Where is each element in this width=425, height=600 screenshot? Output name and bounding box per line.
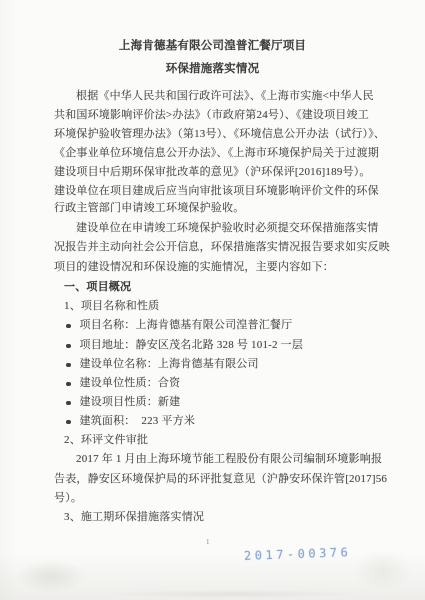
bullet-icon xyxy=(66,401,71,406)
paragraph1-line: 共和国环境影响评价法>办法》（市政府第24号）、《建设项目竣工 xyxy=(54,109,369,122)
paragraph3-line: 2017 年 1 月由上海环境节能工程股份有限公司编制环境影响报 xyxy=(76,453,382,466)
bullet-icon xyxy=(66,420,71,425)
paragraph2-line: 况报告并主动向社会公开信息，环保措施落实情况报告要求如实反映 xyxy=(54,241,390,254)
paragraph1-line: 环境保护验收管理办法》（第13号）、《环境信息公开办法（试行）》、 xyxy=(54,128,385,141)
bullet-icon xyxy=(66,382,71,387)
bullet-item-project-address: 项目地址：静安区茂名北路 328 号 101-2 一层 xyxy=(66,339,303,352)
paragraph2-line: 项目的建设情况和环保设施的实施情况，主要内容如下： xyxy=(54,261,334,274)
page-number: 1 xyxy=(206,538,210,546)
bullet-icon xyxy=(66,344,71,349)
bullet-text: 项目名称：上海肯德基有限公司湟普汇餐厅 xyxy=(80,319,293,332)
bullet-item-project-nature: 建设项目性质：新建 xyxy=(66,396,180,409)
paragraph1-line: 建设单位在项目建成后应当向审批该项目环境影响评价文件的环保 xyxy=(54,185,379,198)
paragraph3-line: 号）。 xyxy=(54,492,82,505)
bullet-item-construction-unit-name: 建设单位名称：上海肯德基有限公司 xyxy=(66,358,259,371)
document-page: 上海肯德基有限公司湟普汇餐厅项目 环保措施落实情况 根据《中华人民共和国行政许可… xyxy=(0,0,425,600)
bullet-icon xyxy=(66,363,71,368)
paragraph1-line: 建设项目中后期环保审批改革的意见》（沪环保评[2016]189号）。 xyxy=(54,166,371,179)
subheading-project-name-nature: 1、项目名称和性质 xyxy=(64,300,159,313)
bullet-item-unit-nature: 建设单位性质：合资 xyxy=(66,377,180,390)
paragraph2-line: 建设单位在申请竣工环境保护验收时必须提交环保措施落实情 xyxy=(76,222,378,235)
bullet-item-floor-area: 建筑面积： 223 平方米 xyxy=(66,415,195,428)
subheading-eia-approval: 2、环评文件审批 xyxy=(64,434,148,447)
document-stamp-number: 2017-00376 xyxy=(244,545,352,563)
doc-title-line2: 环保措施落实情况 xyxy=(0,63,425,76)
subheading-construction-period-measures: 3、施工期环保措施落实情况 xyxy=(64,511,204,524)
bullet-text: 建筑面积： 223 平方米 xyxy=(80,415,196,428)
bullet-text: 建设单位名称：上海肯德基有限公司 xyxy=(80,358,259,371)
paragraph1-line: 根据《中华人民共和国行政许可法》、《上海市实施<中华人民 xyxy=(76,90,374,103)
bullet-text: 建设单位性质：合资 xyxy=(80,377,181,390)
bullet-text: 项目地址：静安区茂名北路 328 号 101-2 一层 xyxy=(80,339,304,352)
paragraph1-line: 《企事业单位环境信息公开办法》、《上海市环境保护局关于过渡期 xyxy=(54,147,379,160)
paragraph3-line: 告表，静安区环境保护局的环评批复意见（沪静安环保许管[2017]56 xyxy=(54,473,387,486)
bullet-item-project-name: 项目名称：上海肯德基有限公司湟普汇餐厅 xyxy=(66,319,292,332)
paragraph1-line: 行政主管部门申请竣工环境保护验收。 xyxy=(54,202,244,215)
bullet-icon xyxy=(66,324,71,329)
section-heading-project-overview: 一、项目概况 xyxy=(64,281,131,294)
doc-title-line1: 上海肯德基有限公司湟普汇餐厅项目 xyxy=(0,40,425,53)
bullet-text: 建设项目性质：新建 xyxy=(80,396,181,409)
